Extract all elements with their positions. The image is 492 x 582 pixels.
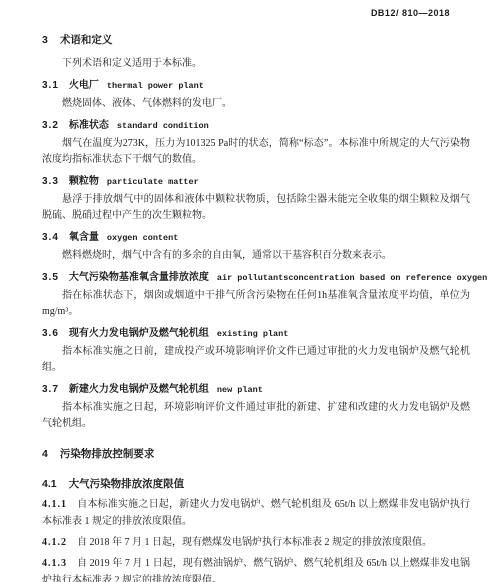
section-3-title: 术语和定义 <box>60 34 113 46</box>
term-zh: 新建火力发电锅炉及燃气轮机组 <box>69 384 209 395</box>
term-3-2: 3.2标准状态standard condition 烟气在温度为273K，压力为… <box>42 118 470 168</box>
term-zh: 颗粒物 <box>69 176 99 187</box>
term-3-3-heading: 3.3颗粒物particulate matter <box>42 174 470 190</box>
clause-4-1-1: 4.1.1自本标准实施之日起，新建火力发电锅炉、燃气轮机组及 65t/h 以上燃… <box>42 496 470 530</box>
section-4-number: 4 <box>42 448 48 460</box>
term-zh: 火电厂 <box>69 80 99 91</box>
clause-text: 自 2018 年 7 月 1 日起，现有燃煤发电锅炉执行本标准表 2 规定的排放… <box>77 537 432 548</box>
term-definition: 燃料燃烧时，烟气中含有的多余的自由氧，通常以干基容积百分数来表示。 <box>42 248 470 264</box>
term-en: existing plant <box>217 329 288 339</box>
term-definition: 悬浮于排放烟气中的固体和液体中颗粒状物质，包括除尘器未能完全收集的烟尘颗粒及烟气… <box>42 192 470 224</box>
section-4-1-title: 大气污染物排放浓度限值 <box>69 478 185 490</box>
term-3-7-heading: 3.7新建火力发电锅炉及燃气轮机组new plant <box>42 382 470 398</box>
term-number: 3.3 <box>42 176 59 187</box>
term-number: 3.1 <box>42 80 59 91</box>
term-en: new plant <box>217 385 263 395</box>
clause-number: 4.1.1 <box>42 499 67 510</box>
section-4-1-number: 4.1 <box>42 478 57 490</box>
clause-number: 4.1.3 <box>42 558 67 569</box>
term-3-4-heading: 3.4氧含量oxygen content <box>42 230 470 246</box>
term-3-6: 3.6现有火力发电锅炉及燃气轮机组existing plant 指本标准实施之日… <box>42 326 470 376</box>
section-4-heading: 4污染物排放控制要求 <box>42 446 470 462</box>
term-zh: 现有火力发电锅炉及燃气轮机组 <box>69 328 209 339</box>
term-definition: 指本标准实施之日前，建成投产或环境影响评价文件已通过审批的火力发电锅炉及燃气轮机… <box>42 344 470 376</box>
term-definition: 指本标准实施之日起，环境影响评价文件通过审批的新建、扩建和改建的火力发电锅炉及燃… <box>42 400 470 432</box>
term-3-5: 3.5大气污染物基准氧含量排放浓度air pollutantsconcentra… <box>42 270 470 320</box>
clause-text: 自本标准实施之日起，新建火力发电锅炉、燃气轮机组及 65t/h 以上燃煤非发电锅… <box>42 499 470 527</box>
section-3-intro: 下列术语和定义适用于本标准。 <box>42 56 470 72</box>
section-4-1-heading: 4.1大气污染物排放浓度限值 <box>42 476 470 492</box>
term-zh: 大气污染物基准氧含量排放浓度 <box>69 272 209 283</box>
term-number: 3.4 <box>42 232 59 243</box>
term-en: particulate matter <box>107 177 199 187</box>
clause-4-1-2: 4.1.2自 2018 年 7 月 1 日起，现有燃煤发电锅炉执行本标准表 2 … <box>42 534 470 551</box>
term-en: air pollutantsconcentration based on ref… <box>217 273 487 283</box>
section-3-heading: 3术语和定义 <box>42 32 470 48</box>
term-en: oxygen content <box>107 233 178 243</box>
term-3-3: 3.3颗粒物particulate matter 悬浮于排放烟气中的固体和液体中… <box>42 174 470 224</box>
term-3-1: 3.1火电厂thermal power plant 燃烧固体、液体、气体燃料的发… <box>42 78 470 112</box>
term-number: 3.7 <box>42 384 59 395</box>
term-en: standard condition <box>117 121 209 131</box>
term-definition: 烟气在温度为273K，压力为101325 Pa时的状态，简称“标态”。本标准中所… <box>42 136 470 168</box>
doc-number: DB12/ 810—2018 <box>42 8 450 20</box>
clause-text: 自 2019 年 7 月 1 日起，现有燃油锅炉、燃气锅炉、燃气轮机组及 65t… <box>42 558 470 582</box>
term-3-2-heading: 3.2标准状态standard condition <box>42 118 470 134</box>
section-3-number: 3 <box>42 34 48 46</box>
term-definition: 燃烧固体、液体、气体燃料的发电厂。 <box>42 96 470 112</box>
term-en: thermal power plant <box>107 81 204 91</box>
term-zh: 氧含量 <box>69 232 99 243</box>
term-3-1-heading: 3.1火电厂thermal power plant <box>42 78 470 94</box>
term-3-4: 3.4氧含量oxygen content 燃料燃烧时，烟气中含有的多余的自由氧，… <box>42 230 470 264</box>
term-zh: 标准状态 <box>69 120 109 131</box>
document-page: DB12/ 810—2018 3术语和定义 下列术语和定义适用于本标准。 3.1… <box>0 0 492 582</box>
clause-4-1-3: 4.1.3自 2019 年 7 月 1 日起，现有燃油锅炉、燃气锅炉、燃气轮机组… <box>42 555 470 582</box>
clause-number: 4.1.2 <box>42 537 67 548</box>
term-3-6-heading: 3.6现有火力发电锅炉及燃气轮机组existing plant <box>42 326 470 342</box>
term-number: 3.2 <box>42 120 59 131</box>
term-definition: 指在标准状态下，烟囱或烟道中干排气所含污染物在任何1h基准氧含量浓度平均值，单位… <box>42 288 470 320</box>
section-4-title: 污染物排放控制要求 <box>60 448 155 460</box>
term-number: 3.5 <box>42 272 59 283</box>
term-3-5-heading: 3.5大气污染物基准氧含量排放浓度air pollutantsconcentra… <box>42 270 470 286</box>
term-3-7: 3.7新建火力发电锅炉及燃气轮机组new plant 指本标准实施之日起，环境影… <box>42 382 470 432</box>
term-number: 3.6 <box>42 328 59 339</box>
